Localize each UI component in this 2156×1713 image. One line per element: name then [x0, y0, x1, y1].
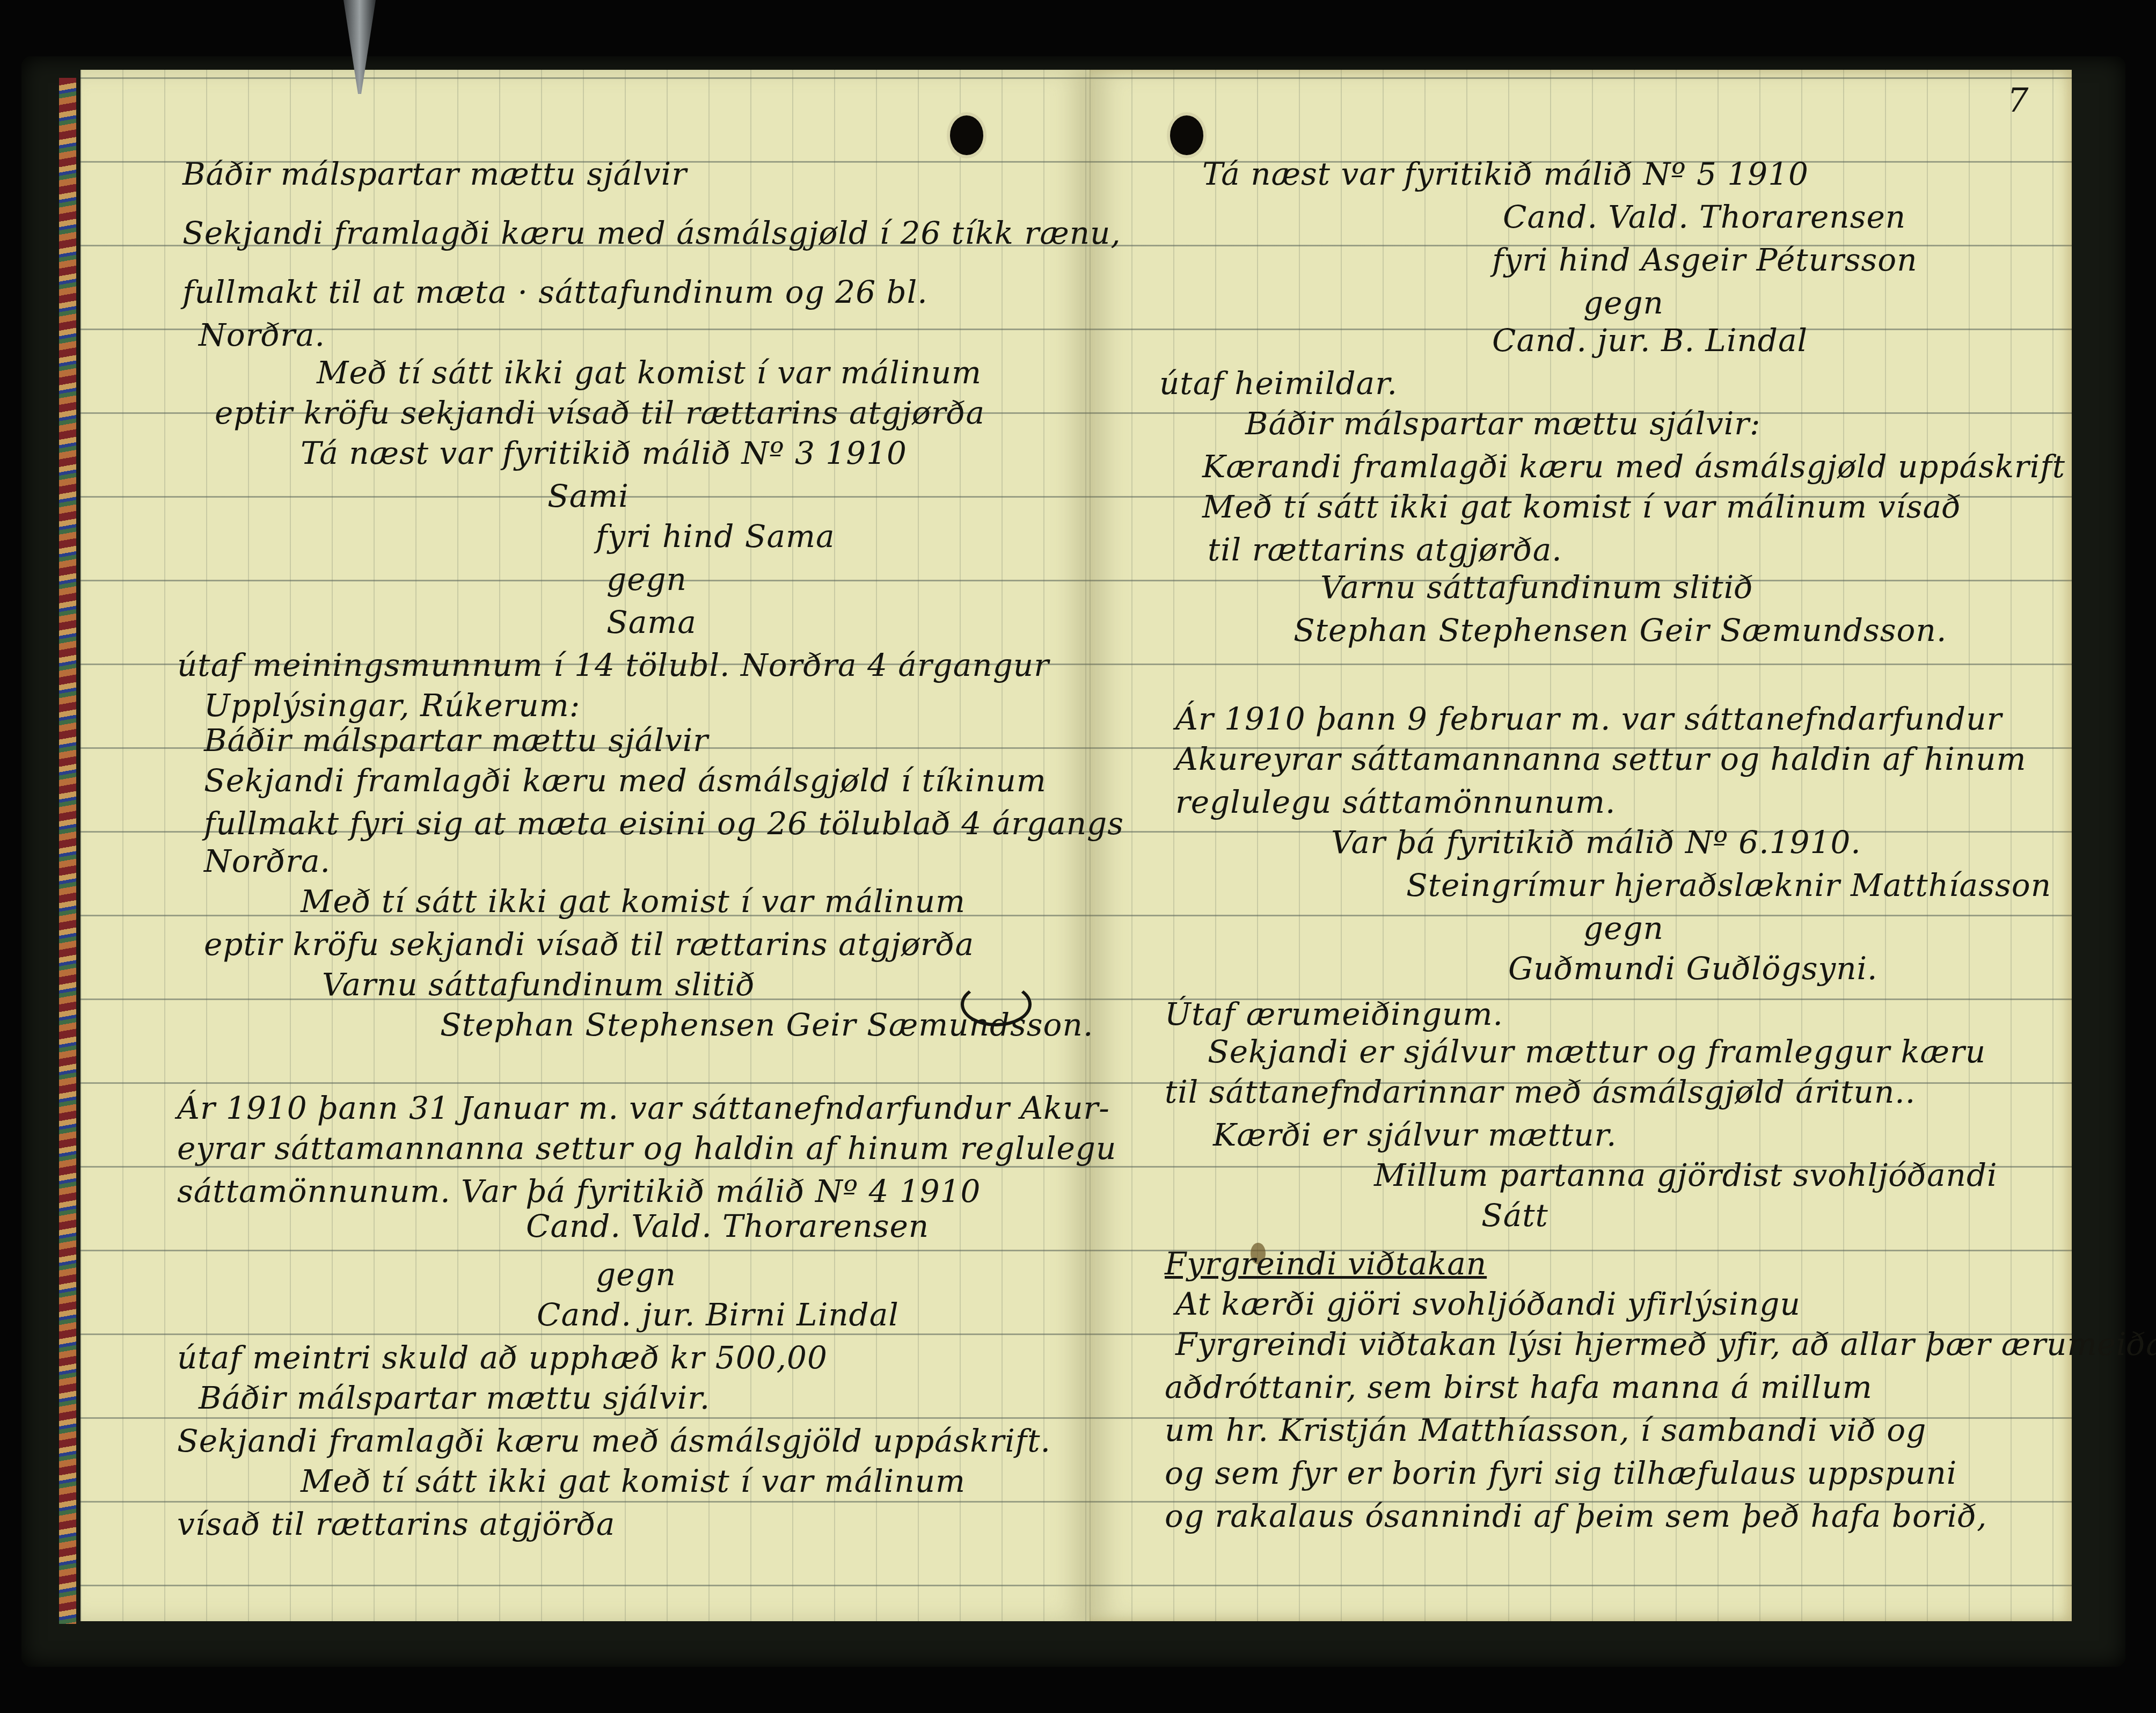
handwritten-line: Kærandi framlagði kæru med ásmálsgjøld u… — [1202, 448, 2065, 485]
marbled-page-edge — [59, 78, 76, 1624]
handwritten-line: Akureyrar sáttamannanna settur og haldin… — [1175, 741, 2027, 777]
handwritten-line: eptir kröfu sekjandi vísað til rættarins… — [204, 926, 974, 963]
handwritten-line: gegn — [1583, 910, 1664, 946]
handwritten-line: Var þá fyritikið málið Nº 6.1910. — [1331, 824, 1861, 861]
handwritten-line: Cand. Vald. Thorarensen — [526, 1208, 929, 1244]
handwritten-line: Steingrímur hjeraðslæknir Matthíasson — [1406, 867, 2051, 903]
handwritten-line: vísað til rættarins atgjörða — [177, 1506, 615, 1542]
handwritten-line: sáttamönnunum. Var þá fyritikið málið Nº… — [177, 1173, 981, 1209]
handwritten-line: Guðmundi Guðlögsyni. — [1508, 950, 1878, 987]
handwritten-line: Kærði er sjálvur mættur. — [1213, 1117, 1617, 1153]
handwritten-line: fyri hind Sama — [596, 518, 835, 555]
handwritten-line: fullmakt til at mæta · sáttafundinum og … — [182, 274, 928, 310]
handwritten-line: Sátt — [1481, 1197, 1548, 1234]
handwritten-line: Ár 1910 þann 9 februar m. var sáttanefnd… — [1175, 701, 2002, 737]
handwritten-line: útaf heimildar. — [1159, 365, 1398, 402]
handwritten-line: gegn — [606, 561, 687, 597]
handwritten-line: Með tí sátt ikki gat komist í var málinu… — [1202, 489, 1961, 525]
handwritten-line: Stephan Stephensen Geir Sæmundsson. — [1293, 612, 1947, 648]
handwritten-line: til rættarins atgjørða. — [1208, 531, 1562, 568]
handwritten-line: aðdróttanir, sem birst hafa manna á mill… — [1165, 1369, 1873, 1405]
handwritten-line: Með tí sátt ikki gat komist í var málinu… — [317, 354, 982, 391]
handwritten-line: reglulegu sáttamönnunum. — [1175, 784, 1616, 820]
handwritten-line: útaf meintri skuld að upphæð kr 500,00 — [177, 1339, 828, 1376]
punch-hole-icon — [1170, 115, 1203, 155]
page-number: 7 — [2007, 81, 2028, 120]
handwritten-line: Fyrgreindi viðtakan — [1165, 1245, 1487, 1282]
handwritten-line: eyrar sáttamannanna settur og haldin af … — [177, 1130, 1116, 1167]
handwritten-line: At kærði gjöri svohljóðandi yfirlýsingu — [1175, 1286, 1801, 1322]
handwritten-line: fullmakt fyri sig at mæta eisini og 26 t… — [204, 805, 1124, 842]
handwritten-line: um hr. Kristján Matthíasson, í sambandi … — [1165, 1412, 1926, 1448]
handwritten-line: og rakalaus ósannindi af þeim sem þeð ha… — [1165, 1498, 1987, 1534]
handwritten-line: Útaf ærumeiðingum. — [1165, 996, 1503, 1032]
handwritten-line: Báðir málspartar mættu sjálvir: — [1245, 405, 1761, 442]
handwritten-line: Cand. jur. Birni Lindal — [537, 1296, 899, 1333]
handwritten-line: Norðra. — [204, 843, 331, 879]
handwritten-line: Með tí sátt ikki gat komist í var málinu… — [301, 1463, 966, 1499]
handwritten-line: Upplýsingar, Rúkerum: — [204, 687, 580, 724]
punch-hole-icon — [950, 115, 983, 155]
handwritten-line: Tá næst var fyritikið málið Nº 3 1910 — [301, 435, 907, 471]
handwritten-line: Sekjandi framlagði kæru med ásmálsgjøld … — [204, 762, 1047, 799]
handwritten-line: Báðir málspartar mættu sjálvir — [204, 722, 708, 759]
handwritten-line: Varnu sáttafundinum slitið — [1320, 569, 1753, 606]
handwritten-line: fyri hind Asgeir Pétursson — [1492, 242, 1918, 278]
handwritten-line: Cand. jur. B. Lindal — [1492, 322, 1808, 359]
handwritten-line: Varnu sáttafundinum slitið — [322, 966, 755, 1003]
handwritten-line: gegn — [596, 1256, 676, 1293]
handwritten-line: Tá næst var fyritikið málið Nº 5 1910 — [1202, 156, 1809, 192]
handwritten-line: Sekjandi framlagði kæru með ásmálsgjöld … — [177, 1423, 1051, 1459]
handwritten-line: Fyrgreindi viðtakan lýsi hjermeð yfir, a… — [1175, 1326, 2156, 1362]
handwritten-line: Báðir málspartar mættu sjálvir — [182, 156, 687, 192]
handwritten-line: Sekjandi er sjálvur mættur og framleggur… — [1208, 1033, 1986, 1070]
handwritten-line: útaf meiningsmunnum í 14 tölubl. Norðra … — [177, 647, 1049, 683]
handwritten-line: gegn — [1583, 285, 1664, 321]
handwritten-line: Sekjandi framlagði kæru med ásmálsgjøld … — [182, 215, 1121, 251]
handwritten-line: Sama — [606, 604, 697, 640]
handwritten-line: Sami — [547, 478, 629, 514]
handwritten-line: Ár 1910 þann 31 Januar m. var sáttanefnd… — [177, 1090, 1110, 1126]
handwritten-line: og sem fyr er borin fyri sig tilhæfulaus… — [1165, 1455, 1957, 1491]
handwritten-line: Millum partanna gjördist svohljóðandi — [1374, 1157, 1998, 1193]
handwritten-line: eptir kröfu sekjandi vísað til rættarins… — [215, 395, 985, 431]
handwritten-line: til sáttanefndarinnar með ásmálsgjøld ár… — [1165, 1074, 1916, 1110]
handwritten-line: Báðir málspartar mættu sjálvir. — [199, 1380, 710, 1416]
flourish-mark-icon — [961, 982, 1032, 1026]
handwritten-line: Norðra. — [199, 317, 325, 353]
handwritten-line: Með tí sátt ikki gat komist í var málinu… — [301, 883, 966, 920]
handwritten-line: Cand. Vald. Thorarensen — [1503, 199, 1906, 235]
